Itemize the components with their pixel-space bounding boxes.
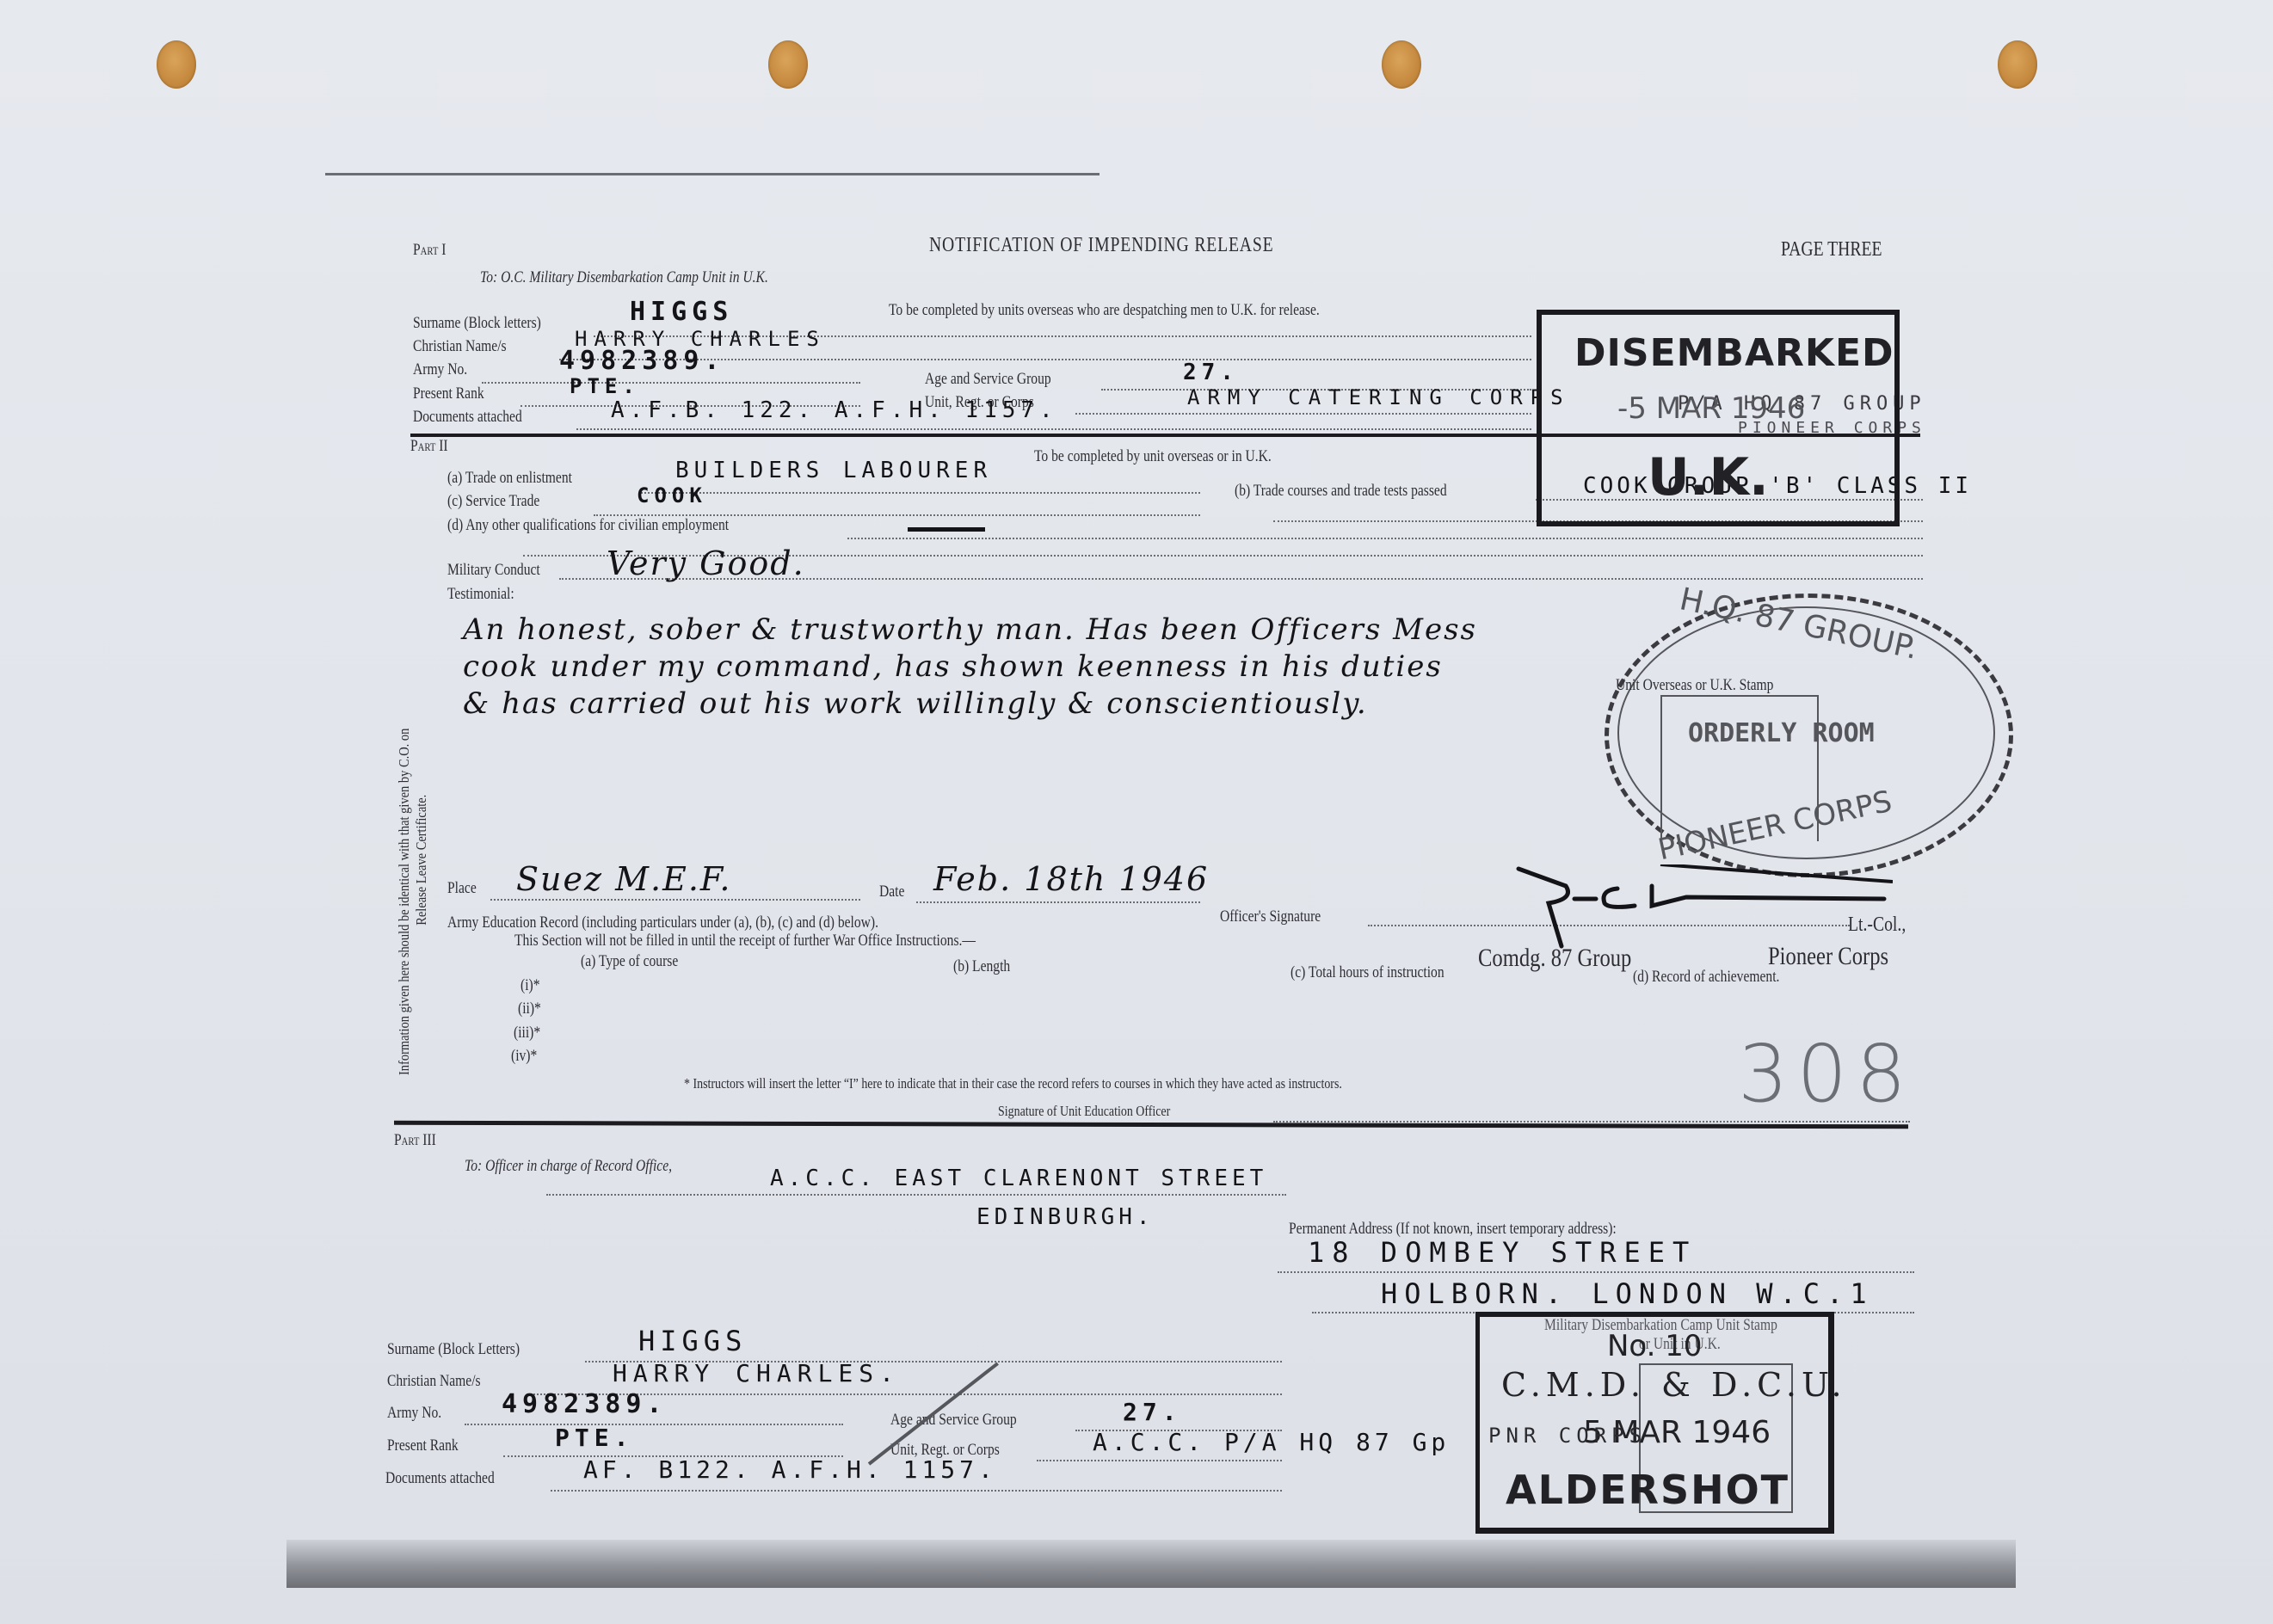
trade-enlistment-line: [641, 492, 1200, 494]
army-no-line: [482, 382, 860, 384]
date-label: Date: [879, 883, 904, 901]
trade-enlistment-label: (a) Trade on enlistment: [447, 469, 572, 488]
education-col-d: (d) Record of achievement.: [1633, 968, 1779, 987]
p3-age-group-value[interactable]: 27.: [1123, 1398, 1182, 1426]
service-trade-label: (c) Service Trade: [447, 492, 539, 511]
military-conduct-label: Military Conduct: [447, 561, 540, 580]
place-line: [490, 899, 860, 901]
place-label: Place: [447, 879, 477, 898]
photocopy-shadow: [286, 1540, 2016, 1588]
p3-documents-line: [551, 1490, 1282, 1492]
testimonial-line-2[interactable]: cook under my command, has shown keennes…: [463, 649, 1443, 684]
aldershot-line2: C.M.D. & D.C.U.: [1501, 1366, 1847, 1404]
christian-names-label: Christian Name/s: [413, 337, 507, 356]
aldershot-overwritten[interactable]: PNR CORPS: [1488, 1424, 1647, 1448]
p3-present-rank-label: Present Rank: [387, 1436, 459, 1455]
p3-documents-value[interactable]: AF. B122. A.F.H. 1157.: [583, 1455, 997, 1484]
education-row-4: (iv)*: [511, 1047, 537, 1066]
p3-present-rank-value[interactable]: PTE.: [555, 1424, 633, 1452]
p3-christian-names-value[interactable]: HARRY CHARLES.: [613, 1359, 900, 1387]
unit-stamp-label: Unit Overseas or U.K. Stamp: [1616, 676, 1773, 695]
trade-enlistment-value[interactable]: BUILDERS LABOURER: [675, 458, 992, 483]
officer-title-right: Pioneer Corps: [1768, 942, 1888, 971]
unit-corps-value[interactable]: ARMY CATERING CORPS: [1187, 385, 1571, 409]
p3-age-group-label: Age and Service Group: [890, 1411, 1017, 1430]
service-trade-value[interactable]: COOK: [637, 483, 707, 507]
education-row-3: (iii)*: [514, 1024, 540, 1043]
testimonial-line-1[interactable]: An honest, sober & trustworthy man. Has …: [463, 612, 1477, 647]
p3-documents-label: Documents attached: [385, 1469, 495, 1488]
officer-signature-label: Officer's Signature: [1220, 907, 1321, 926]
part2-instruction: To be completed by unit overseas or in U…: [1034, 447, 1272, 466]
date-line: [916, 901, 1200, 903]
disembarked-title: DISEMBARKED: [1574, 331, 1894, 375]
record-office-line1: [546, 1194, 1286, 1196]
record-office-line1-value[interactable]: A.C.C. EAST CLARENONT STREET: [770, 1166, 1267, 1191]
army-no-label: Army No.: [413, 360, 467, 379]
present-rank-label: Present Rank: [413, 384, 484, 403]
p3-unit-corps-line: [1037, 1460, 1282, 1461]
p3-army-no-value[interactable]: 4982389.: [502, 1389, 668, 1419]
part1-instruction: To be completed by units overseas who ar…: [889, 301, 1320, 320]
p3-army-no-line: [465, 1424, 843, 1425]
page-label: PAGE THREE: [1781, 238, 1882, 261]
officer-title-left: Comdg. 87 Group: [1478, 944, 1631, 973]
aldershot-place: ALDERSHOT: [1506, 1467, 1789, 1513]
education-footnote: * Instructors will insert the letter “I”…: [684, 1075, 1342, 1092]
address-line1-value[interactable]: 18 DOMBEY STREET: [1308, 1236, 1697, 1269]
documents-value[interactable]: A.F.B. 122. A.F.H. 1157.: [611, 397, 1058, 423]
side-note-line1: Information given here should be identic…: [396, 729, 413, 1075]
aldershot-line1: No. 10: [1607, 1329, 1703, 1363]
p3-christian-names-label: Christian Name/s: [387, 1372, 481, 1391]
p3-army-no-label: Army No.: [387, 1404, 441, 1423]
side-note: Information given here should be identic…: [396, 729, 430, 1075]
part1-to-line: To: O.C. Military Disembarkation Camp Un…: [480, 268, 768, 287]
documents-line: [576, 428, 1531, 430]
surname-label: Surname (Block letters): [413, 314, 541, 333]
part3-label: Part III: [394, 1131, 436, 1150]
surname-value[interactable]: HIGGS: [630, 297, 733, 327]
education-row-1: (i)*: [521, 976, 539, 995]
punch-hole-2: [768, 40, 808, 89]
disembarked-country: U.K.: [1648, 447, 1769, 507]
age-group-label: Age and Service Group: [925, 370, 1051, 389]
p3-surname-label: Surname (Block Letters): [387, 1340, 520, 1359]
education-heading: Army Education Record (including particu…: [447, 913, 878, 932]
other-qual-dash: [908, 527, 985, 532]
place-value[interactable]: Suez M.E.F.: [516, 860, 731, 898]
form-title: NOTIFICATION OF IMPENDING RELEASE: [929, 234, 1273, 257]
record-office-line2-value[interactable]: EDINBURGH.: [976, 1204, 1155, 1230]
other-qual-label: (d) Any other qualifications for civilia…: [447, 516, 729, 535]
punch-hole-3: [1382, 40, 1421, 89]
p3-unit-corps-value[interactable]: A.C.C. P/A HQ 87 Gp: [1093, 1428, 1450, 1456]
trade-courses-label: (b) Trade courses and trade tests passed: [1235, 482, 1447, 501]
hq-group-center: ORDERLY ROOM: [1688, 718, 1875, 748]
army-no-value[interactable]: 4982389.: [559, 346, 725, 376]
date-value[interactable]: Feb. 18th 1946: [933, 860, 1209, 898]
side-note-line2: Release Leave Certificate.: [413, 729, 430, 1075]
pencil-number: 308: [1738, 1028, 1915, 1120]
punch-hole-4: [1998, 40, 2037, 89]
address-line2-value[interactable]: HOLBORN. LONDON W.C.1: [1381, 1277, 1874, 1310]
p3-surname-value[interactable]: HIGGS: [638, 1325, 747, 1357]
present-rank-value[interactable]: PTE.: [570, 374, 640, 398]
education-col-b: (b) Length: [953, 957, 1010, 976]
top-rule: [325, 173, 1100, 175]
education-col-c: (c) Total hours of instruction: [1290, 963, 1444, 982]
address-line1: [1278, 1271, 1914, 1273]
punch-hole-1: [157, 40, 196, 89]
testimonial-label: Testimonial:: [447, 585, 514, 604]
part2-label: Part II: [410, 437, 448, 456]
officer-rank: Lt.-Col.,: [1848, 913, 1906, 937]
documents-label: Documents attached: [413, 408, 522, 427]
part1-label: Part I: [413, 241, 446, 260]
unit-corps-line: [1075, 413, 1531, 415]
disembarked-date: -5 MAR 1946: [1617, 391, 1805, 426]
part3-to-label: To: Officer in charge of Record Office,: [465, 1157, 672, 1176]
unit-stamp-box: [1660, 695, 1819, 841]
testimonial-line-3[interactable]: & has carried out his work willingly & c…: [463, 686, 1368, 721]
military-conduct-value[interactable]: Very Good.: [607, 544, 805, 582]
education-col-a: (a) Type of course: [581, 952, 678, 971]
education-signature-label: Signature of Unit Education Officer: [998, 1103, 1170, 1120]
officer-signature[interactable]: [1514, 864, 1893, 950]
education-row-2: (ii)*: [518, 1000, 541, 1018]
other-qual-line: [847, 538, 1923, 539]
education-subheading: This Section will not be filled in until…: [514, 932, 976, 950]
age-group-value[interactable]: 27.: [1183, 360, 1239, 385]
